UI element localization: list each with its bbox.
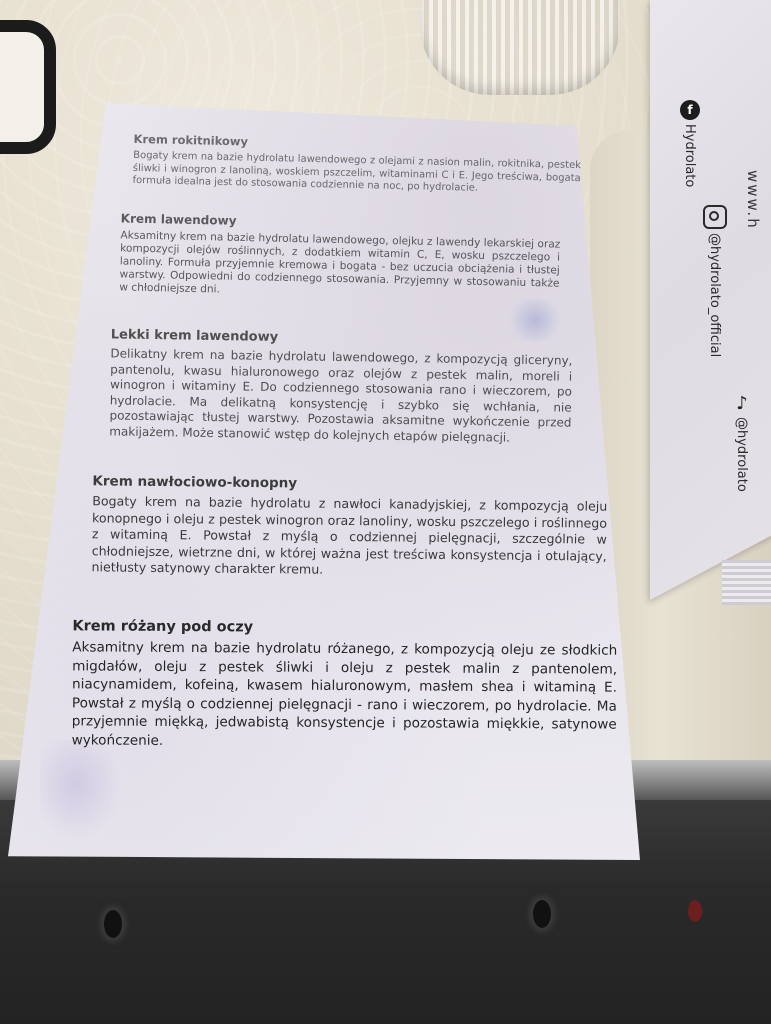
social-handle: Hydrolato	[683, 124, 698, 187]
social-handle: @hydrolato	[735, 417, 750, 492]
ribbed-glass	[420, 0, 620, 95]
card-social-facebook: f Hydrolato	[680, 100, 700, 187]
floor-hole	[104, 910, 122, 938]
tiktok-icon: ♪	[732, 393, 752, 413]
card-social-tiktok: ♪ @hydrolato	[732, 393, 752, 492]
product-description: Delikatny krem na bazie hydrolatu lawend…	[109, 346, 572, 446]
product-title: Krem różany pod oczy	[72, 618, 617, 637]
floor-hole	[533, 900, 551, 928]
facebook-icon: f	[680, 100, 700, 120]
product-section: Krem lawendowy Aksamitny krem na bazie h…	[119, 211, 561, 303]
instagram-icon	[703, 205, 727, 229]
card-stack	[722, 560, 771, 605]
card-social-instagram: @hydrolato_official	[703, 205, 727, 357]
product-section: Lekki krem lawendowy Delikatny krem na b…	[109, 327, 573, 446]
product-description: Aksamitny krem na bazie hydrolatu lawend…	[119, 229, 560, 303]
product-description: Aksamitny krem na bazie hydrolatu różane…	[72, 638, 618, 752]
product-section: Krem różany pod oczy Aksamitny krem na b…	[72, 618, 618, 752]
social-handle: @hydrolato_official	[708, 233, 723, 357]
black-ring-object	[0, 20, 56, 154]
product-section: Krem nawłociowo-konopny Bogaty krem na b…	[91, 473, 607, 581]
red-mark	[688, 900, 702, 922]
lavender-illustration	[40, 740, 130, 850]
card-website: www.h	[744, 170, 762, 230]
product-section: Krem rokitnikowy Bogaty krem na bazie hy…	[132, 132, 581, 198]
product-description: Bogaty krem na bazie hydrolatu z nawłoci…	[91, 493, 607, 581]
